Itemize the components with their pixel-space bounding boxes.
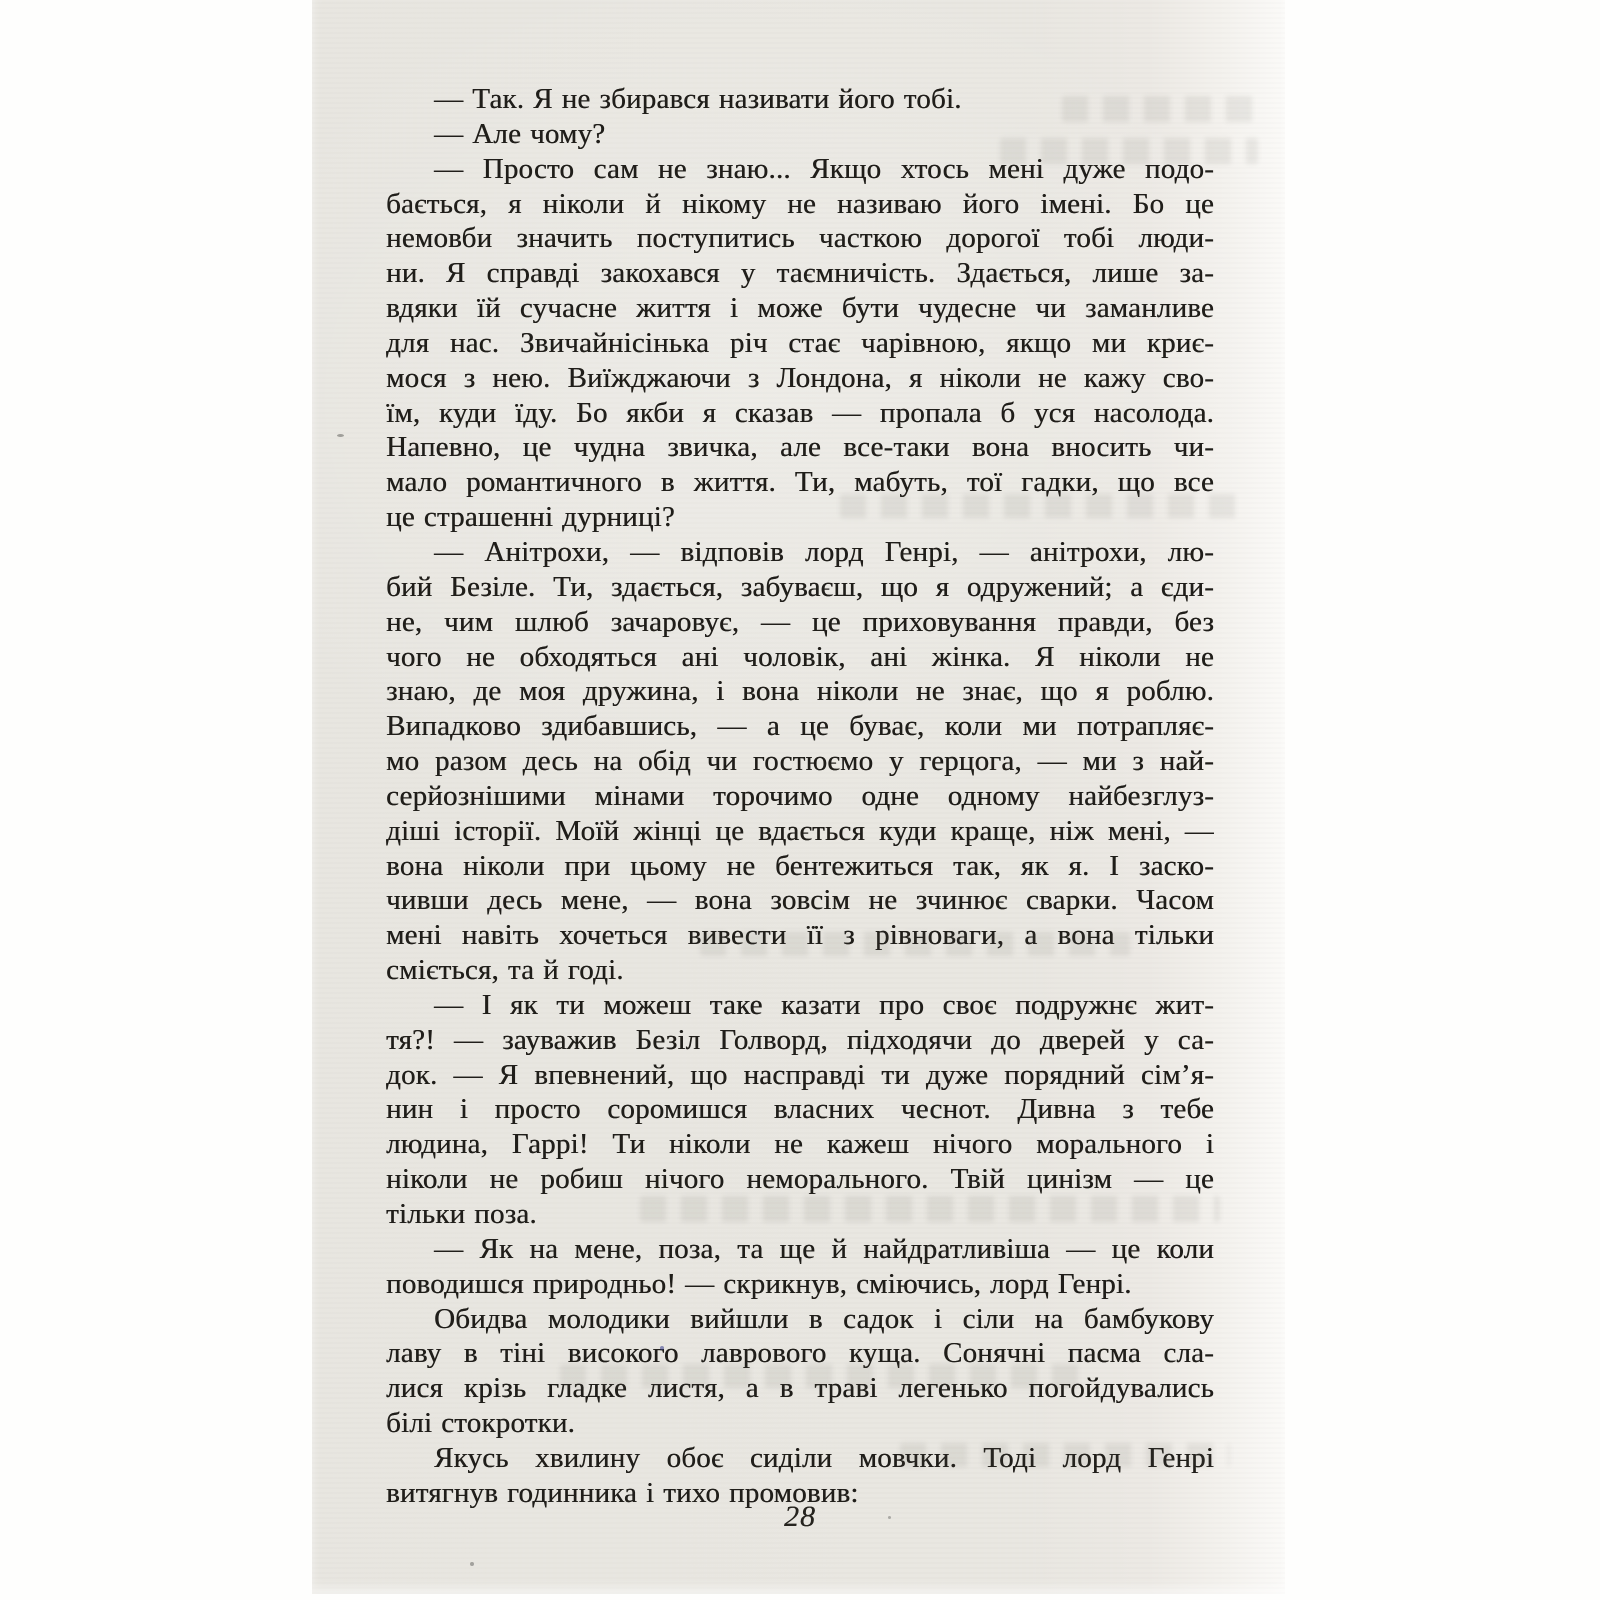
text-line: — Анітрохи, — відповів лорд Генрі, — ані…: [386, 535, 1214, 570]
show-through-artifact: [640, 1196, 1220, 1222]
text-line: ніколи не робиш нічого неморального. Тві…: [386, 1162, 1214, 1197]
text-line: поводишся природньо! — скрикнув, сміючис…: [386, 1267, 1214, 1302]
text-line: Випадково здибавшись, — а це буває, коли…: [386, 709, 1214, 744]
scan-speck: [470, 1562, 474, 1566]
text-line: док. — Я впевнений, що насправді ти дуже…: [386, 1058, 1214, 1093]
text-line: — І як ти можеш таке казати про своє под…: [386, 988, 1214, 1023]
text-line: діші історії. Моїй жінці це вдається куд…: [386, 814, 1214, 849]
text-line: бий Безіле. Ти, здається, забуваєш, що я…: [386, 570, 1214, 605]
text-line: знаю, де моя дружина, і вона ніколи не з…: [386, 674, 1214, 709]
text-line: ни. Я справді закохався у таємничість. З…: [386, 256, 1214, 291]
text-line: немовби значить поступитись часткою доро…: [386, 221, 1214, 256]
show-through-artifact: [1062, 96, 1257, 122]
scan-speck: [660, 1346, 664, 1350]
text-line: нин і просто соромишся власних чеснот. Д…: [386, 1092, 1214, 1127]
text-line: для нас. Звичайнісінька річ стає чарівно…: [386, 326, 1214, 361]
text-line: — Як на мене, поза, та ще й найдратливіш…: [386, 1232, 1214, 1267]
text-line: людина, Гаррі! Ти ніколи не кажеш нічого…: [386, 1127, 1214, 1162]
scan-speck: [337, 434, 344, 437]
show-through-artifact: [560, 1364, 1080, 1388]
text-line: сміється, та й годі.: [386, 953, 1214, 988]
text-line: чивши десь мене, — вона зовсім не зчинює…: [386, 883, 1214, 918]
text-line: мося з нею. Виїжджаючи з Лондона, я ніко…: [386, 361, 1214, 396]
text-line: Напевно, це чудна звичка, але все-таки в…: [386, 430, 1214, 465]
text-line: не, чим шлюб зачаровує, — це приховуванн…: [386, 605, 1214, 640]
text-line: бається, я ніколи й нікому не називаю йо…: [386, 187, 1214, 222]
show-through-artifact: [1000, 138, 1258, 164]
text-line: серйознішими мінами торочимо одне одному…: [386, 779, 1214, 814]
text-line: вдяки їй сучасне життя і може бути чудес…: [386, 291, 1214, 326]
show-through-artifact: [900, 1443, 1230, 1467]
text-line: їм, куди їду. Бо якби я сказав — пропала…: [386, 396, 1214, 431]
show-through-artifact: [840, 494, 1240, 518]
show-through-artifact: [700, 932, 1130, 956]
text-line: мо разом десь на обід чи гостюємо у герц…: [386, 744, 1214, 779]
text-line: білі стокротки.: [386, 1406, 1214, 1441]
text-line: вона ніколи при цьому не бентежиться так…: [386, 849, 1214, 884]
book-page: — Так. Я не збирався називати його тобі.…: [312, 0, 1285, 1594]
text-line: чого не обходяться ані чоловік, ані жінк…: [386, 640, 1214, 675]
scanned-page-image: — Так. Я не збирався називати його тобі.…: [0, 0, 1600, 1600]
text-line: тя?! — зауважив Безіл Голворд, підходячи…: [386, 1023, 1214, 1058]
scan-speck: [888, 1516, 891, 1519]
text-column: — Так. Я не збирався називати його тобі.…: [386, 82, 1214, 1511]
page-number: 28: [386, 1500, 1214, 1536]
text-line: Обидва молодики вийшли в садок і сіли на…: [386, 1302, 1214, 1337]
